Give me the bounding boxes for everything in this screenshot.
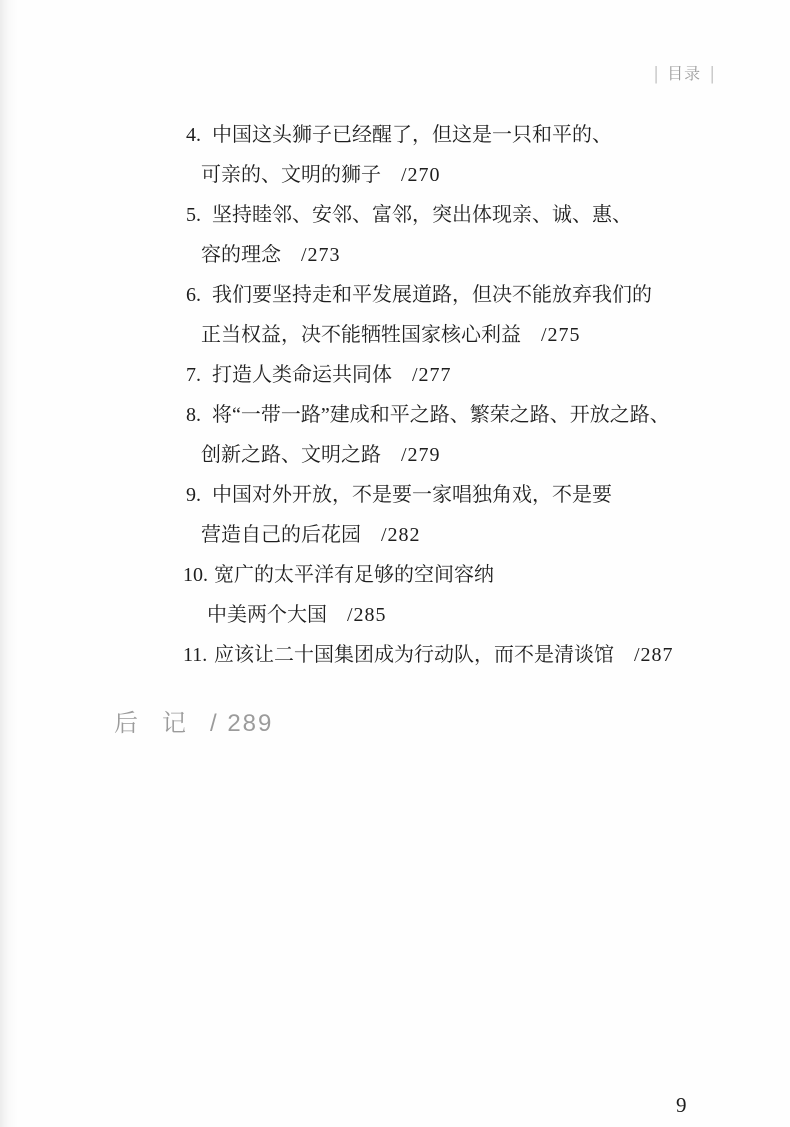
toc-item-6: 6.我们要坚持走和平发展道路，但决不能放弃我们的 正当权益，决不能牺牲国家核心利… [186, 275, 726, 355]
toc-line: 6.我们要坚持走和平发展道路，但决不能放弃我们的 [186, 275, 726, 315]
toc-item-4: 4.中国这头狮子已经醒了，但这是一只和平的、 可亲的、文明的狮子/270 [186, 115, 726, 195]
toc-line: 8.将“一带一路”建成和平之路、繁荣之路、开放之路、 [186, 395, 726, 435]
toc-item-text: 可亲的、文明的狮子 [201, 164, 381, 186]
toc-item-8: 8.将“一带一路”建成和平之路、繁荣之路、开放之路、 创新之路、文明之路/279 [186, 395, 726, 475]
toc-item-9: 9.中国对外开放，不是要一家唱独角戏，不是要 营造自己的后花园/282 [186, 475, 726, 555]
header-title: 目录 [667, 66, 701, 83]
toc-line: 营造自己的后花园/282 [186, 515, 726, 555]
toc-line: 创新之路、文明之路/279 [186, 435, 726, 475]
toc-line: 5.坚持睦邻、安邻、富邻，突出体现亲、诚、惠、 [186, 195, 726, 235]
running-head: |目录| [654, 64, 714, 86]
toc-page-ref: /270 [401, 164, 441, 186]
afterword-page-ref: / 289 [210, 710, 273, 737]
toc-page-ref: /273 [301, 244, 341, 266]
toc-page-ref: /287 [634, 644, 674, 666]
toc-item-text: 将“一带一路”建成和平之路、繁荣之路、开放之路、 [212, 404, 670, 426]
header-bar-left: | [654, 62, 658, 87]
page-edge-shadow [0, 0, 18, 1127]
page-number: 9 [676, 1092, 687, 1118]
toc-item-text: 中国这头狮子已经醒了，但这是一只和平的、 [212, 124, 612, 146]
toc-item-text: 打造人类命运共同体 [212, 364, 392, 386]
toc-line: 7.打造人类命运共同体/277 [186, 355, 726, 395]
toc-item-11: 11.应该让二十国集团成为行动队，而不是清谈馆/287 [183, 635, 726, 675]
toc-item-number: 7. [186, 355, 212, 395]
toc-page-ref: /282 [381, 524, 421, 546]
toc-item-text: 中国对外开放，不是要一家唱独角戏，不是要 [212, 484, 612, 506]
toc-item-text: 我们要坚持走和平发展道路，但决不能放弃我们的 [212, 284, 652, 306]
toc-item-5: 5.坚持睦邻、安邻、富邻，突出体现亲、诚、惠、 容的理念/273 [186, 195, 726, 275]
afterword-entry: 后 记/ 289 [114, 708, 273, 740]
toc-item-7: 7.打造人类命运共同体/277 [186, 355, 726, 395]
toc-item-text: 营造自己的后花园 [201, 524, 361, 546]
toc-item-number: 6. [186, 275, 212, 315]
toc-list: 4.中国这头狮子已经醒了，但这是一只和平的、 可亲的、文明的狮子/270 5.坚… [186, 115, 726, 675]
afterword-label: 后 记 [114, 710, 186, 737]
toc-line: 9.中国对外开放，不是要一家唱独角戏，不是要 [186, 475, 726, 515]
toc-line: 11.应该让二十国集团成为行动队，而不是清谈馆/287 [183, 635, 726, 675]
toc-item-text: 中美两个大国 [207, 604, 327, 626]
header-bar-right: | [710, 62, 714, 87]
toc-item-10: 10.宽广的太平洋有足够的空间容纳 中美两个大国/285 [183, 555, 726, 635]
toc-line: 可亲的、文明的狮子/270 [186, 155, 726, 195]
toc-line: 10.宽广的太平洋有足够的空间容纳 [183, 555, 726, 595]
toc-item-number: 4. [186, 115, 212, 155]
toc-item-number: 8. [186, 395, 212, 435]
toc-item-number: 5. [186, 195, 212, 235]
toc-item-number: 11. [183, 635, 214, 675]
book-toc-page: |目录| 4.中国这头狮子已经醒了，但这是一只和平的、 可亲的、文明的狮子/27… [0, 0, 790, 1127]
toc-item-text: 正当权益，决不能牺牲国家核心利益 [201, 324, 521, 346]
toc-line: 正当权益，决不能牺牲国家核心利益/275 [186, 315, 726, 355]
toc-line: 中美两个大国/285 [183, 595, 726, 635]
toc-line: 4.中国这头狮子已经醒了，但这是一只和平的、 [186, 115, 726, 155]
toc-page-ref: /277 [412, 364, 452, 386]
toc-page-ref: /285 [347, 604, 387, 626]
toc-item-text: 容的理念 [201, 244, 281, 266]
toc-item-number: 9. [186, 475, 212, 515]
toc-line: 容的理念/273 [186, 235, 726, 275]
toc-item-text: 创新之路、文明之路 [201, 444, 381, 466]
toc-item-number: 10. [183, 555, 214, 595]
toc-item-text: 坚持睦邻、安邻、富邻，突出体现亲、诚、惠、 [212, 204, 632, 226]
toc-page-ref: /279 [401, 444, 441, 466]
toc-page-ref: /275 [541, 324, 581, 346]
toc-item-text: 应该让二十国集团成为行动队，而不是清谈馆 [214, 644, 614, 666]
toc-item-text: 宽广的太平洋有足够的空间容纳 [214, 564, 494, 586]
